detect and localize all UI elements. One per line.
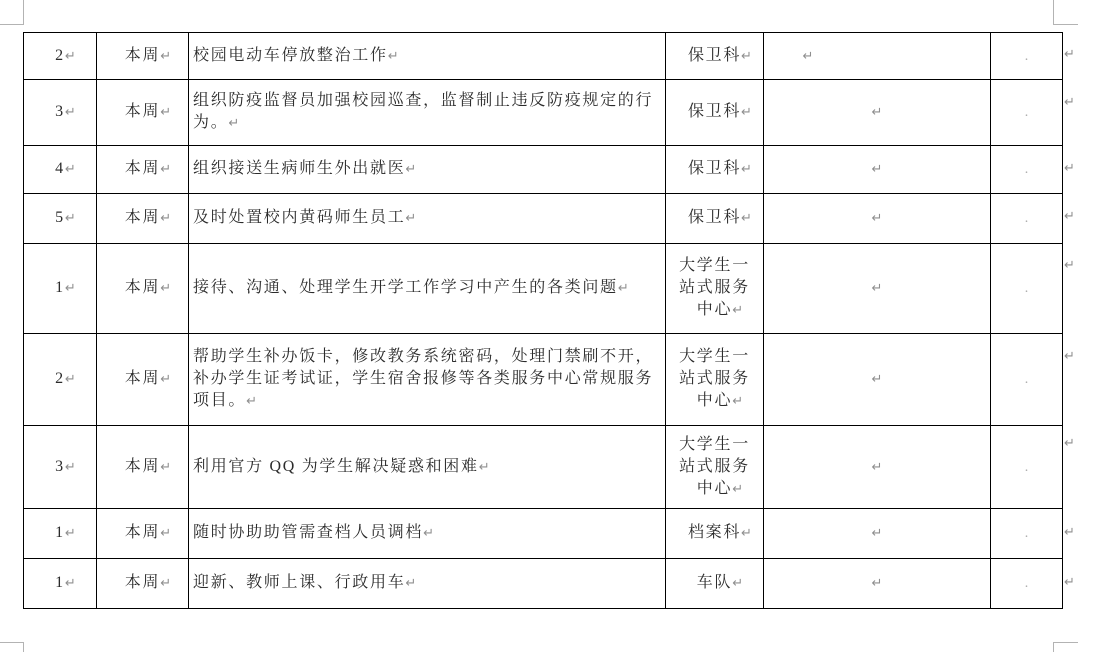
paragraph-mark-icon: ↵ (160, 105, 171, 120)
paragraph-mark-icon: ↵ (65, 162, 76, 177)
paragraph-mark-icon: ↵ (872, 460, 883, 475)
document-page: 2↵ 本周↵ 校园电动车停放整治工作↵ 保卫科↵ ↵ . 3↵ 本周↵ 组织防疫… (0, 0, 1099, 652)
paragraph-mark-icon: ↵ (872, 526, 883, 541)
task-text: 随时协助助管需查档人员调档 (193, 524, 423, 541)
table-row: 1↵ 本周↵ 迎新、教师上课、行政用车↵ 车队↵ ↵ . (24, 559, 1063, 609)
paragraph-mark-icon: ↵ (160, 372, 171, 387)
status-dot: . (1025, 460, 1029, 475)
row-index: 1 (55, 524, 65, 541)
paragraph-mark-icon: ↵ (732, 394, 743, 409)
status-dot: . (1025, 576, 1029, 591)
paragraph-mark-icon: ↵ (741, 211, 752, 226)
status-dot: . (1025, 372, 1029, 387)
department-cell[interactable]: 保卫科↵ (666, 80, 764, 146)
frequency-cell[interactable]: 本周↵ (97, 194, 189, 244)
paragraph-mark-icon: ↵ (160, 576, 171, 591)
table-row: 4↵ 本周↵ 组织接送生病师生外出就医↵ 保卫科↵ ↵ . (24, 146, 1063, 194)
frequency-text: 本周 (125, 370, 160, 387)
paragraph-mark-icon: ↵ (618, 281, 629, 296)
paragraph-mark-icon: ↵ (228, 116, 239, 131)
frequency-cell[interactable]: 本周↵ (97, 334, 189, 426)
paragraph-mark-icon: ↵ (246, 394, 257, 409)
task-text: 校园电动车停放整治工作 (193, 47, 388, 64)
row-index: 4 (55, 160, 65, 177)
remarks-cell[interactable]: ↵ (764, 146, 991, 194)
task-text: 及时处置校内黄码师生员工 (193, 209, 405, 226)
frequency-text: 本周 (125, 279, 160, 296)
department-cell[interactable]: 保卫科↵ (666, 146, 764, 194)
paragraph-mark-icon: ↵ (388, 49, 399, 64)
weekly-task-table: 2↵ 本周↵ 校园电动车停放整治工作↵ 保卫科↵ ↵ . 3↵ 本周↵ 组织防疫… (23, 32, 1063, 609)
paragraph-mark-icon: ↵ (732, 576, 743, 591)
row-index: 3 (55, 458, 65, 475)
task-cell[interactable]: 接待、沟通、处理学生开学工作学习中产生的各类问题↵ (189, 244, 666, 334)
paragraph-mark-icon: ↵ (65, 460, 76, 475)
paragraph-mark-icon: ↵ (479, 460, 490, 475)
paragraph-mark-icon: ↵ (160, 211, 171, 226)
paragraph-mark-icon: ↵ (872, 211, 883, 226)
frequency-text: 本周 (125, 209, 160, 226)
row-end-mark-icon: ↵ (1064, 526, 1075, 539)
task-cell[interactable]: 组织接送生病师生外出就医↵ (189, 146, 666, 194)
table-row: 3↵ 本周↵ 组织防疫监督员加强校园巡查，监督制止违反防疫规定的行为。↵ 保卫科… (24, 80, 1063, 146)
task-cell[interactable]: 帮助学生补办饭卡，修改教务系统密码，处理门禁刷不开，补办学生证考试证，学生宿舍报… (189, 334, 666, 426)
table-row: 2↵ 本周↵ 校园电动车停放整治工作↵ 保卫科↵ ↵ . (24, 33, 1063, 80)
task-text: 接待、沟通、处理学生开学工作学习中产生的各类问题 (193, 279, 618, 296)
row-index: 1 (55, 574, 65, 591)
paragraph-mark-icon: ↵ (803, 49, 814, 64)
status-dot-cell[interactable]: . (991, 559, 1063, 609)
frequency-cell[interactable]: 本周↵ (97, 559, 189, 609)
row-index-cell[interactable]: 5↵ (24, 194, 97, 244)
department-text: 保卫科 (688, 47, 741, 64)
status-dot: . (1025, 49, 1029, 64)
task-cell[interactable]: 利用官方 QQ 为学生解决疑惑和困难↵ (189, 426, 666, 509)
frequency-cell[interactable]: 本周↵ (97, 80, 189, 146)
text-boundary-mark-bottom-right (1053, 642, 1078, 652)
status-dot: . (1025, 526, 1029, 541)
department-cell[interactable]: 保卫科↵ (666, 33, 764, 80)
paragraph-mark-icon: ↵ (405, 211, 416, 226)
table-row: 1↵ 本周↵ 接待、沟通、处理学生开学工作学习中产生的各类问题↵ 大学生一 站式… (24, 244, 1063, 334)
paragraph-mark-icon: ↵ (872, 162, 883, 177)
text-boundary-mark-top-right (1053, 0, 1078, 25)
status-dot: . (1025, 105, 1029, 120)
text-boundary-mark-bottom-left (0, 642, 24, 652)
status-dot-cell[interactable]: . (991, 509, 1063, 559)
row-index-cell[interactable]: 2↵ (24, 334, 97, 426)
row-end-mark-icon: ↵ (1064, 210, 1075, 223)
row-end-mark-icon: ↵ (1064, 48, 1075, 61)
status-dot-cell[interactable]: . (991, 244, 1063, 334)
task-cell[interactable]: 校园电动车停放整治工作↵ (189, 33, 666, 80)
paragraph-mark-icon: ↵ (65, 372, 76, 387)
paragraph-mark-icon: ↵ (65, 281, 76, 296)
paragraph-mark-icon: ↵ (405, 162, 416, 177)
status-dot: . (1025, 211, 1029, 226)
task-text: 组织防疫监督员加强校园巡查，监督制止违反防疫规定的行为。 (193, 92, 653, 131)
frequency-text: 本周 (125, 47, 160, 64)
frequency-cell[interactable]: 本周↵ (97, 33, 189, 80)
department-text: 保卫科 (688, 160, 741, 177)
department-text: 保卫科 (688, 103, 741, 120)
row-end-mark-icon: ↵ (1064, 96, 1075, 109)
paragraph-mark-icon: ↵ (160, 526, 171, 541)
frequency-text: 本周 (125, 524, 160, 541)
paragraph-mark-icon: ↵ (65, 576, 76, 591)
department-text: 车队 (697, 574, 732, 591)
paragraph-mark-icon: ↵ (741, 526, 752, 541)
paragraph-mark-icon: ↵ (741, 162, 752, 177)
remarks-cell[interactable]: ↵ (764, 509, 991, 559)
paragraph-mark-icon: ↵ (160, 281, 171, 296)
remarks-cell[interactable]: ↵ (764, 80, 991, 146)
department-cell[interactable]: 大学生一 站式服务 中心↵ (666, 244, 764, 334)
frequency-text: 本周 (125, 103, 160, 120)
task-text: 迎新、教师上课、行政用车 (193, 574, 405, 591)
department-cell[interactable]: 车队↵ (666, 559, 764, 609)
row-index-cell[interactable]: 2↵ (24, 33, 97, 80)
remarks-cell[interactable]: ↵ (764, 194, 991, 244)
table-row: 3↵ 本周↵ 利用官方 QQ 为学生解决疑惑和困难↵ 大学生一 站式服务 中心↵… (24, 426, 1063, 509)
paragraph-mark-icon: ↵ (160, 162, 171, 177)
paragraph-mark-icon: ↵ (741, 49, 752, 64)
status-dot-cell[interactable]: . (991, 426, 1063, 509)
department-text: 档案科 (688, 524, 741, 541)
row-index-cell[interactable]: 3↵ (24, 426, 97, 509)
remarks-cell[interactable]: ↵ (764, 559, 991, 609)
task-text: 帮助学生补办饭卡，修改教务系统密码，处理门禁刷不开，补办学生证考试证，学生宿舍报… (193, 348, 653, 409)
department-text: 保卫科 (688, 209, 741, 226)
department-cell[interactable]: 大学生一 站式服务 中心↵ (666, 334, 764, 426)
row-index: 5 (55, 209, 65, 226)
row-index: 2 (55, 370, 65, 387)
remarks-cell[interactable]: ↵ (764, 426, 991, 509)
row-index: 2 (55, 47, 65, 64)
row-end-mark-icon: ↵ (1064, 350, 1075, 363)
paragraph-mark-icon: ↵ (65, 526, 76, 541)
paragraph-mark-icon: ↵ (65, 49, 76, 64)
paragraph-mark-icon: ↵ (872, 372, 883, 387)
task-cell[interactable]: 组织防疫监督员加强校园巡查，监督制止违反防疫规定的行为。↵ (189, 80, 666, 146)
frequency-text: 本周 (125, 160, 160, 177)
task-cell[interactable]: 随时协助助管需查档人员调档↵ (189, 509, 666, 559)
status-dot-cell[interactable]: . (991, 146, 1063, 194)
paragraph-mark-icon: ↵ (423, 526, 434, 541)
status-dot: . (1025, 281, 1029, 296)
row-index-cell[interactable]: 1↵ (24, 244, 97, 334)
status-dot-cell[interactable]: . (991, 334, 1063, 426)
department-cell[interactable]: 保卫科↵ (666, 194, 764, 244)
department-cell[interactable]: 大学生一 站式服务 中心↵ (666, 426, 764, 509)
row-index: 3 (55, 103, 65, 120)
status-dot-cell[interactable]: . (991, 33, 1063, 80)
status-dot-cell[interactable]: . (991, 194, 1063, 244)
paragraph-mark-icon: ↵ (732, 303, 743, 318)
frequency-cell[interactable]: 本周↵ (97, 426, 189, 509)
frequency-text: 本周 (125, 574, 160, 591)
row-index-cell[interactable]: 1↵ (24, 509, 97, 559)
paragraph-mark-icon: ↵ (872, 105, 883, 120)
table-row: 2↵ 本周↵ 帮助学生补办饭卡，修改教务系统密码，处理门禁刷不开，补办学生证考试… (24, 334, 1063, 426)
row-end-mark-icon: ↵ (1064, 162, 1075, 175)
paragraph-mark-icon: ↵ (160, 49, 171, 64)
row-index-cell[interactable]: 1↵ (24, 559, 97, 609)
row-end-mark-icon: ↵ (1064, 576, 1075, 589)
paragraph-mark-icon: ↵ (65, 211, 76, 226)
paragraph-mark-icon: ↵ (741, 105, 752, 120)
row-index-cell[interactable]: 4↵ (24, 146, 97, 194)
frequency-cell[interactable]: 本周↵ (97, 146, 189, 194)
row-end-mark-icon: ↵ (1064, 437, 1075, 450)
frequency-cell[interactable]: 本周↵ (97, 244, 189, 334)
text-boundary-mark-top-left (0, 0, 24, 25)
status-dot: . (1025, 162, 1029, 177)
remarks-cell[interactable]: ↵ (764, 244, 991, 334)
task-text: 利用官方 QQ 为学生解决疑惑和困难 (193, 458, 479, 475)
frequency-text: 本周 (125, 458, 160, 475)
paragraph-mark-icon: ↵ (732, 482, 743, 497)
task-text: 组织接送生病师生外出就医 (193, 160, 405, 177)
paragraph-mark-icon: ↵ (65, 105, 76, 120)
task-cell[interactable]: 迎新、教师上课、行政用车↵ (189, 559, 666, 609)
remarks-cell[interactable]: ↵ (764, 334, 991, 426)
frequency-cell[interactable]: 本周↵ (97, 509, 189, 559)
paragraph-mark-icon: ↵ (872, 576, 883, 591)
status-dot-cell[interactable]: . (991, 80, 1063, 146)
mark-offset-wrap: ↵ (803, 45, 814, 68)
department-cell[interactable]: 档案科↵ (666, 509, 764, 559)
table-row: 5↵ 本周↵ 及时处置校内黄码师生员工↵ 保卫科↵ ↵ . (24, 194, 1063, 244)
paragraph-mark-icon: ↵ (872, 281, 883, 296)
remarks-cell[interactable]: ↵ (764, 33, 991, 80)
task-cell[interactable]: 及时处置校内黄码师生员工↵ (189, 194, 666, 244)
row-end-mark-icon: ↵ (1064, 259, 1075, 272)
table-row: 1↵ 本周↵ 随时协助助管需查档人员调档↵ 档案科↵ ↵ . (24, 509, 1063, 559)
paragraph-mark-icon: ↵ (160, 460, 171, 475)
row-index: 1 (55, 279, 65, 296)
row-index-cell[interactable]: 3↵ (24, 80, 97, 146)
paragraph-mark-icon: ↵ (405, 576, 416, 591)
